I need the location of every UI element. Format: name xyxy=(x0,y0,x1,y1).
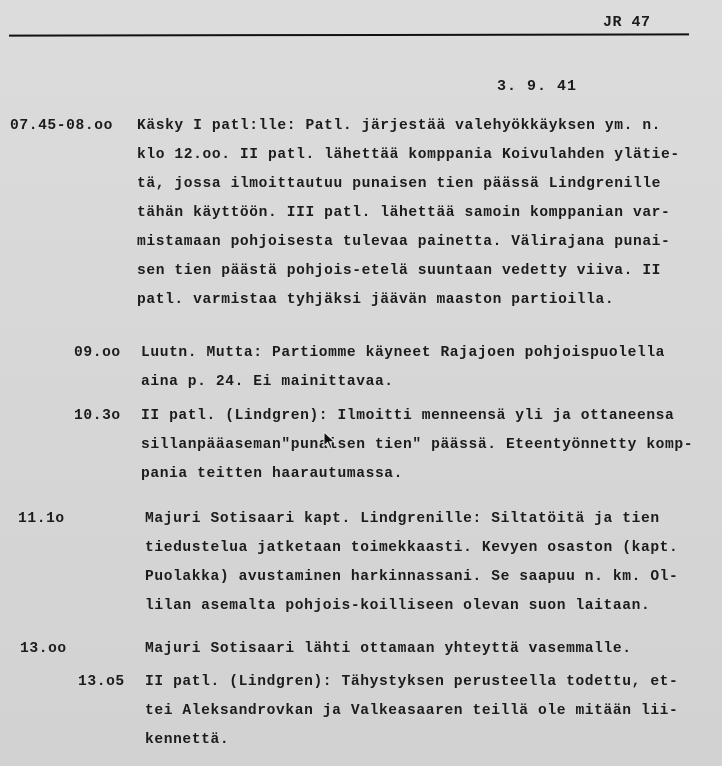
mouse-pointer-icon xyxy=(323,431,337,451)
entry-line: tä, jossa ilmoittautuu punaisen tien pää… xyxy=(137,174,661,194)
entry-line: tiedustelua jatketaan toimekkaasti. Kevy… xyxy=(145,538,678,558)
entry-time: 13.oo xyxy=(20,639,67,659)
entry-line: mistamaan pohjoisesta tulevaa painetta. … xyxy=(137,232,670,252)
entry-line: Majuri Sotisaari lähti ottamaan yhteyttä… xyxy=(145,639,632,659)
entry-line: tähän käyttöön. III patl. lähettää samoi… xyxy=(137,203,670,223)
entry-time: 11.1o xyxy=(18,509,65,529)
entry-time: 09.oo xyxy=(74,343,121,363)
document-reference: JR 47 xyxy=(603,14,651,31)
entry-line: Puolakka) avustaminen harkinnassani. Se … xyxy=(145,567,678,587)
header-rule xyxy=(9,33,689,36)
entry-line: aina p. 24. Ei mainittavaa. xyxy=(141,372,394,392)
entry-line: Majuri Sotisaari kapt. Lindgrenille: Sil… xyxy=(145,509,660,529)
entry-line: klo 12.oo. II patl. lähettää komppania K… xyxy=(137,145,680,165)
entry-time: 13.o5 xyxy=(78,672,125,692)
entry-line: tei Aleksandrovkan ja Valkeasaaren teill… xyxy=(145,701,678,721)
entry-line: patl. varmistaa tyhjäksi jäävän maaston … xyxy=(137,290,614,310)
entry-line: Luutn. Mutta: Partiomme käyneet Rajajoen… xyxy=(141,343,665,363)
entry-line: sen tien päästä pohjois-etelä suuntaan v… xyxy=(137,261,661,281)
document-date: 3. 9. 41 xyxy=(497,78,577,95)
entry-line: pania teitten haarautumassa. xyxy=(141,464,403,484)
entry-line: sillanpääaseman"punaisen tien" päässä. E… xyxy=(141,435,693,455)
entry-line: lilan asemalta pohjois-koilliseen olevan… xyxy=(145,596,650,616)
entry-line: kennettä. xyxy=(145,730,229,750)
entry-time: 10.3o xyxy=(74,406,121,426)
entry-line: II patl. (Lindgren): Tähystyksen peruste… xyxy=(145,672,678,692)
document-page: JR 47 3. 9. 41 07.45-08.oo Käsky I patl:… xyxy=(0,0,722,766)
entry-line: Käsky I patl:lle: Patl. järjestää valehy… xyxy=(137,116,661,136)
entry-line: II patl. (Lindgren): Ilmoitti menneensä … xyxy=(141,406,674,426)
entry-time: 07.45-08.oo xyxy=(10,116,113,136)
